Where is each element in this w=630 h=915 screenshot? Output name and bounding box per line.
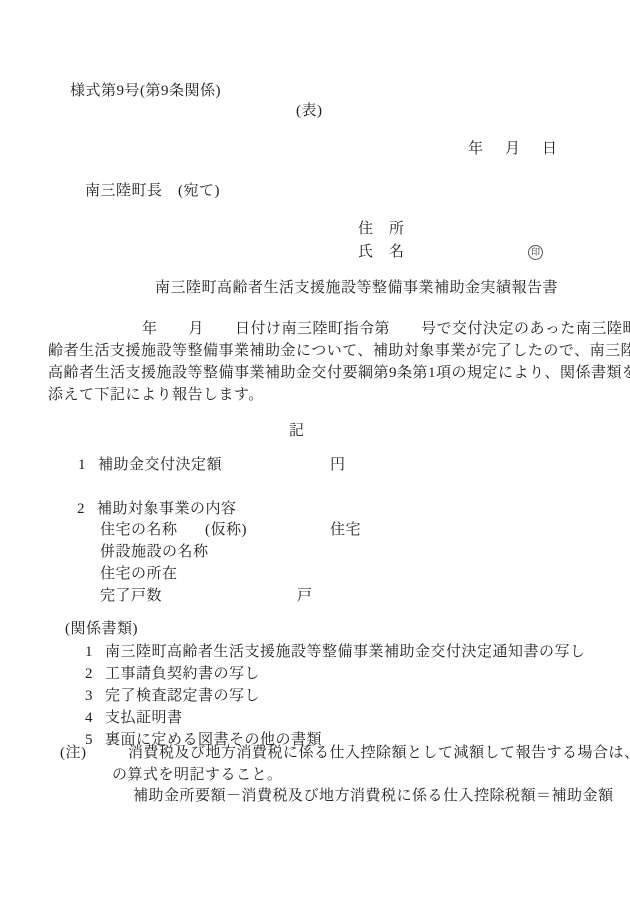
item2-label: 補助対象事業の内容 — [97, 502, 237, 517]
item2-row1-label: 住宅の名称 — [100, 523, 178, 538]
record-marker: 記 — [289, 424, 305, 439]
body-line-2: 齢者生活支援施設等整備事業補助金について、補助対象事業が完了したので、南三陸町 — [48, 344, 630, 359]
name-label: 氏 名 — [358, 245, 405, 260]
item2-row4-label: 完了戸数 — [100, 589, 162, 604]
related-doc-4-text: 支払証明書 — [105, 711, 183, 726]
item2-row3-label: 住宅の所在 — [100, 567, 178, 582]
address-label: 住 所 — [358, 222, 405, 237]
related-doc-2-text: 工事請負契約書の写し — [105, 667, 260, 682]
item1-number: 1 — [78, 458, 86, 473]
item2-number: 2 — [77, 502, 85, 517]
item2-row4-suffix: 戸 — [297, 589, 313, 604]
related-doc-1-number: 1 — [85, 645, 93, 660]
addressee-line: 南三陸町長 (宛て) — [85, 184, 220, 199]
related-doc-3-text: 完了検査認定書の写し — [105, 689, 260, 704]
form-number: 様式第9号(第9条関係) — [70, 84, 221, 99]
note-line-1: 消費税及び地方消費税に係る仕入控除額として減額して報告する場合は、次 — [128, 746, 630, 761]
document-title: 南三陸町高齢者生活支援施設等整備事業補助金実績報告書 — [155, 281, 558, 296]
item2-row1-suffix: 住宅 — [330, 523, 361, 538]
note-formula: 補助金所要額－消費税及び地方消費税に係る仕入控除税額＝補助金額 — [133, 789, 614, 804]
item2-row1-mid: (仮称) — [205, 523, 247, 538]
date-day-label: 日 — [542, 142, 558, 157]
item2-row2-label: 併設施設の名称 — [100, 545, 209, 560]
body-line-1: 年 月 日付け南三陸町指令第 号で交付決定のあった南三陸町高 — [142, 322, 630, 337]
sheet-side-label: (表) — [296, 104, 323, 119]
body-line-3: 高齢者生活支援施設等整備事業補助金交付要綱第9条第1項の規定により、関係書類を — [48, 366, 630, 381]
related-doc-4-number: 4 — [85, 711, 93, 726]
date-year-label: 年 — [468, 142, 484, 157]
related-doc-2-number: 2 — [85, 667, 93, 682]
item1-unit: 円 — [330, 458, 346, 473]
seal-stamp-icon: 印 — [528, 245, 543, 260]
document-page: 様式第9号(第9条関係) (表) 年 月 日 南三陸町長 (宛て) 住 所 氏 … — [0, 0, 630, 915]
related-doc-1-text: 南三陸町高齢者生活支援施設等整備事業補助金交付決定通知書の写し — [105, 645, 586, 660]
related-documents-heading: (関係書類) — [65, 622, 138, 637]
body-line-4: 添えて下記により報告します。 — [48, 388, 264, 403]
date-month-label: 月 — [505, 142, 521, 157]
note-line-2: の算式を明記すること。 — [112, 768, 283, 783]
note-label: (注) — [60, 746, 87, 761]
related-doc-3-number: 3 — [85, 689, 93, 704]
item1-label: 補助金交付決定額 — [98, 458, 222, 473]
